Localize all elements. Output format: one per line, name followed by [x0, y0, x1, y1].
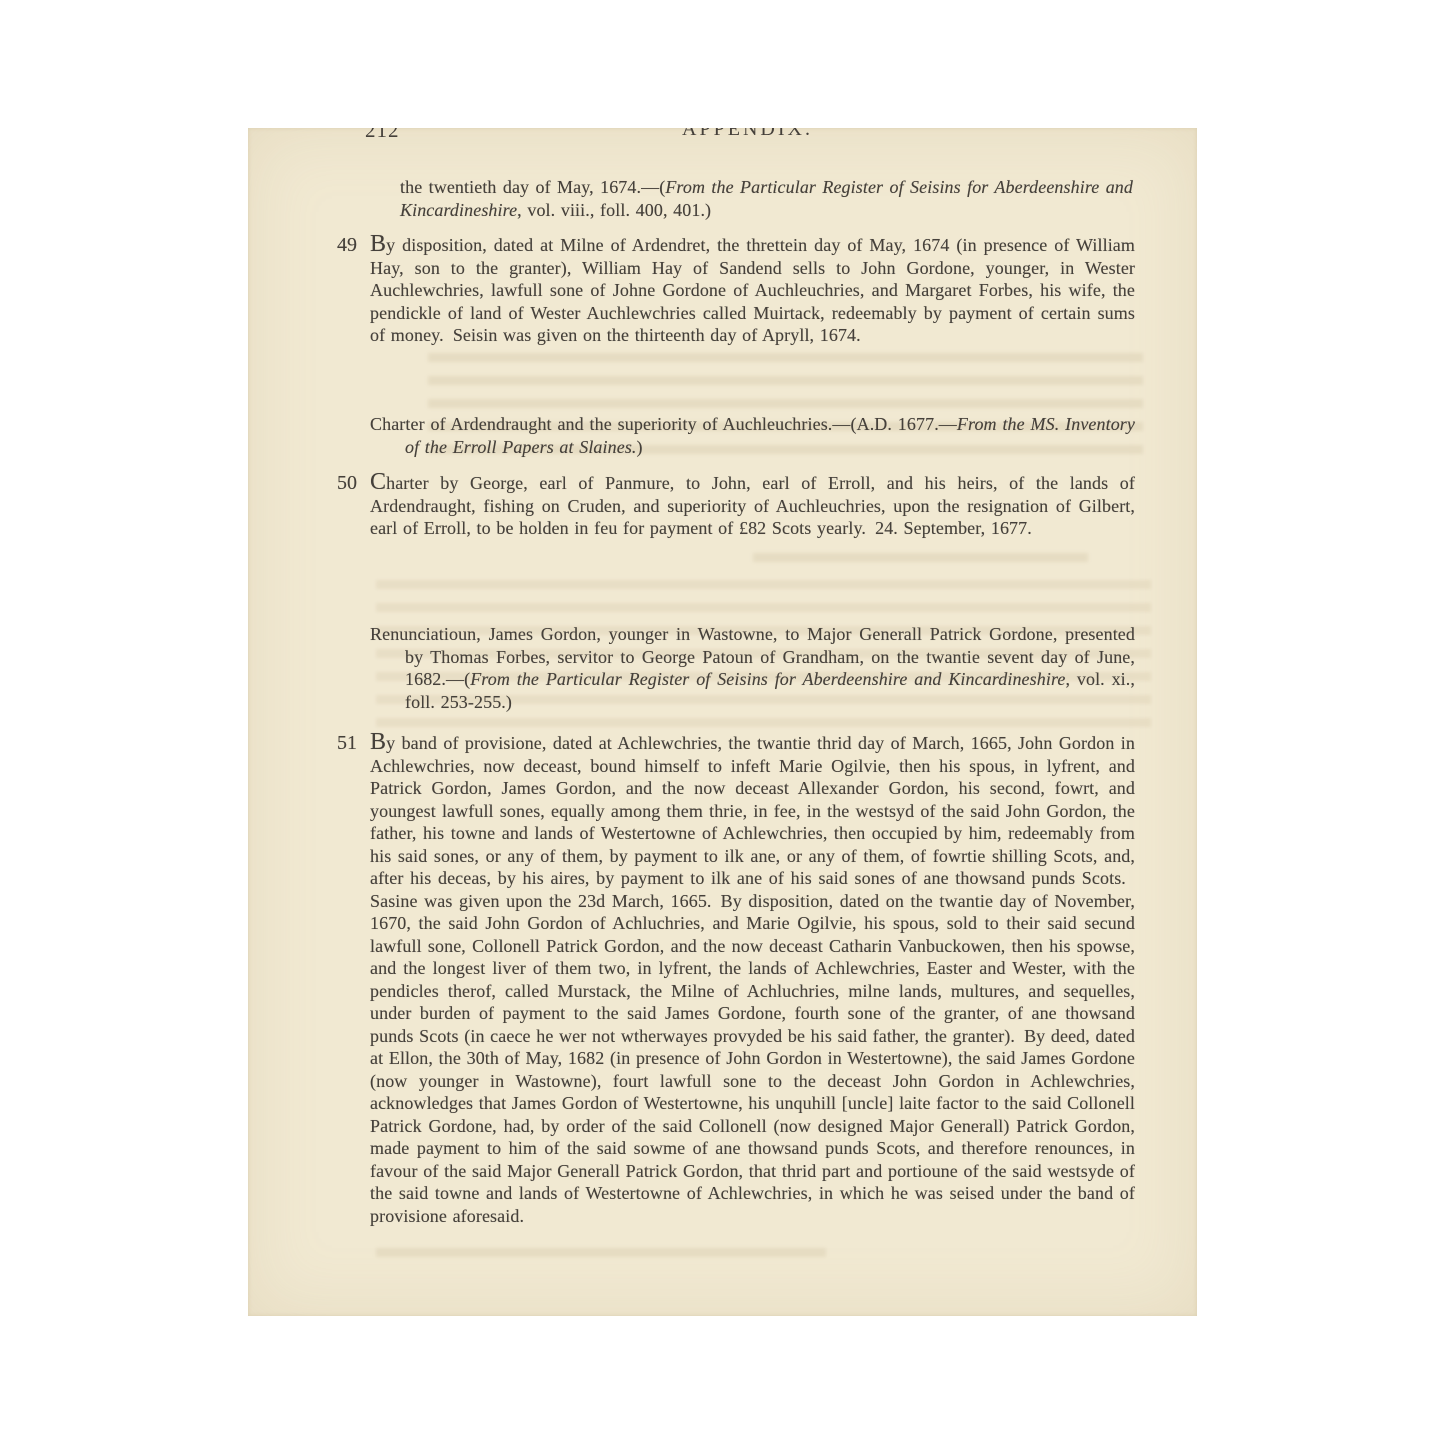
- entry-49: 49 By disposition, dated at Milne of Ard…: [370, 233, 1135, 347]
- scanned-book-page: 212 APPENDIX. the twentieth day of May, …: [248, 128, 1197, 1316]
- source-heading-renunciatioun: Renunciatioun, James Gordon, younger in …: [370, 623, 1135, 713]
- entry-text: By band of provisione, dated at Achlewch…: [370, 731, 1135, 1227]
- source-heading-ardendraught: Charter of Ardendraught and the superior…: [370, 413, 1135, 458]
- entry-51: 51 By band of provisione, dated at Achle…: [370, 731, 1135, 1227]
- entry-number: 50: [337, 472, 357, 495]
- entry-text: By disposition, dated at Milne of Ardend…: [370, 233, 1135, 347]
- running-header: 212 APPENDIX.: [248, 128, 1197, 148]
- running-header-title: APPENDIX.: [273, 128, 1197, 141]
- entry-text: Charter by George, earl of Panmure, to J…: [370, 471, 1135, 540]
- entry-50: 50 Charter by George, earl of Panmure, t…: [370, 471, 1135, 540]
- entry-number: 49: [337, 234, 357, 257]
- entry-number: 51: [337, 732, 357, 755]
- bleedthrough-ghost: [376, 1248, 826, 1270]
- continuation-paragraph: the twentieth day of May, 1674.—(From th…: [400, 176, 1133, 221]
- bleedthrough-ghost: [753, 553, 1088, 575]
